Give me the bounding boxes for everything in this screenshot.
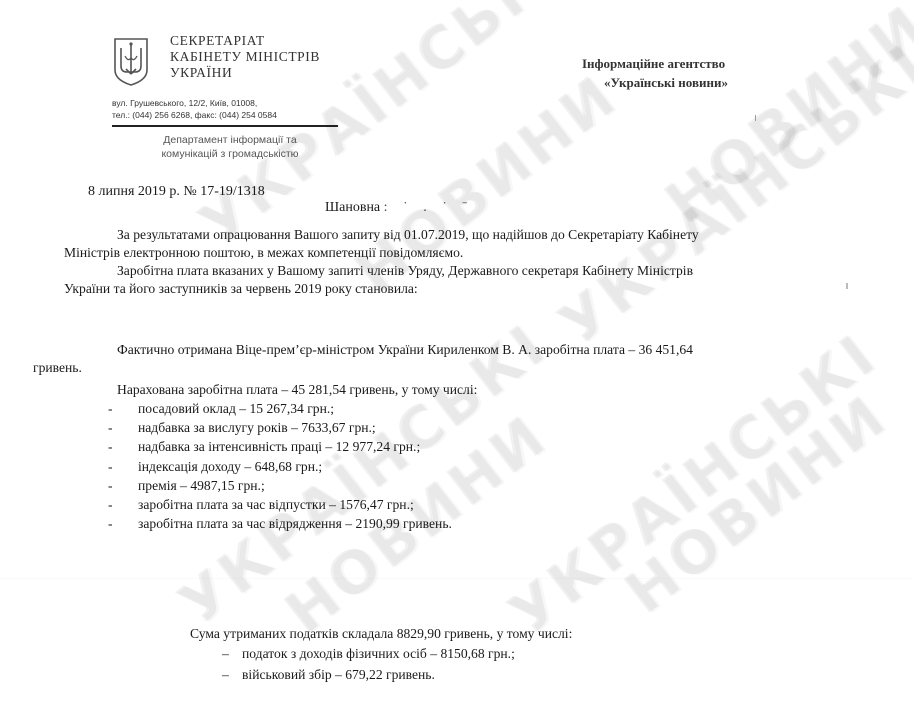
bullet-dash: – bbox=[222, 664, 242, 685]
org-name-line: КАБІНЕТУ МІНІСТРІВ bbox=[170, 49, 320, 65]
department-line: Департамент інформації та bbox=[140, 133, 320, 147]
paragraph-line: За результатами опрацювання Вашого запит… bbox=[117, 226, 699, 244]
bullet-dash: - bbox=[108, 476, 138, 495]
redacted-name: : ˙ . ˙ ˉ bbox=[384, 200, 473, 215]
letterhead-divider bbox=[112, 125, 338, 127]
department-name: Департамент інформації та комунікацій з … bbox=[140, 133, 320, 161]
list-item: -надбавка за інтенсивність праці – 12 97… bbox=[108, 437, 452, 456]
watermark-text: НОВИНИ bbox=[612, 381, 899, 626]
list-item-text: заробітна плата за час відрядження – 219… bbox=[138, 516, 452, 531]
paragraph-line: Фактично отримана Віце-прем’єр-міністром… bbox=[117, 341, 693, 359]
paragraph-line: Міністрів електронною поштою, в межах ко… bbox=[64, 244, 463, 262]
bullet-dash: - bbox=[108, 418, 138, 437]
addressee-line: Інформаційне агентство bbox=[582, 54, 728, 73]
watermark-text: УКРАЇНСЬКІ bbox=[496, 320, 889, 648]
list-item: -надбавка за вислугу років – 7633,67 грн… bbox=[108, 418, 452, 437]
org-name-line: УКРАЇНИ bbox=[170, 65, 320, 81]
accrued-salary-line: Нарахована заробітна плата – 45 281,54 г… bbox=[117, 381, 477, 399]
bullet-dash: - bbox=[108, 457, 138, 476]
org-name-line: СЕКРЕТАРІАТ bbox=[170, 33, 320, 49]
list-item: –військовий збір – 679,22 гривень. bbox=[222, 664, 515, 685]
list-item-text: надбавка за вислугу років – 7633,67 грн.… bbox=[138, 420, 376, 435]
list-item: -заробітна плата за час відрядження – 21… bbox=[108, 514, 452, 533]
page-divider bbox=[0, 578, 914, 579]
date-reference: 8 липня 2019 р. № 17-19/1318 bbox=[88, 184, 265, 200]
addressee-line: «Українські новини» bbox=[582, 73, 728, 92]
salary-breakdown-list: -посадовий оклад – 15 267,34 грн.; -надб… bbox=[108, 399, 452, 533]
list-item: -заробітна плата за час відпустки – 1576… bbox=[108, 495, 452, 514]
scan-artifact bbox=[846, 283, 848, 289]
department-line: комунікацій з громадськістю bbox=[140, 147, 320, 161]
phone-line: тел.: (044) 256 6268, факс: (044) 254 05… bbox=[112, 109, 277, 121]
trident-coat-of-arms-icon bbox=[112, 36, 150, 88]
list-item: -посадовий оклад – 15 267,34 грн.; bbox=[108, 399, 452, 418]
organization-address: вул. Грушевського, 12/2, Київ, 01008, те… bbox=[112, 97, 277, 121]
bullet-dash: - bbox=[108, 495, 138, 514]
list-item-text: податок з доходів фізичних осіб – 8150,6… bbox=[242, 646, 515, 661]
scan-artifact bbox=[755, 115, 756, 121]
organization-name: СЕКРЕТАРІАТ КАБІНЕТУ МІНІСТРІВ УКРАЇНИ bbox=[170, 33, 320, 81]
watermark-text: НОВИНИ bbox=[652, 0, 914, 237]
paragraph-line: Заробітна плата вказаних у Вашому запиті… bbox=[117, 262, 693, 280]
taxes-breakdown-list: –податок з доходів фізичних осіб – 8150,… bbox=[222, 643, 515, 685]
list-item-text: премія – 4987,15 грн.; bbox=[138, 478, 265, 493]
greeting: Шановна : ˙ . ˙ ˉ bbox=[325, 200, 473, 216]
paragraph-line: України та його заступників за червень 2… bbox=[64, 280, 418, 298]
addressee-block: Інформаційне агентство «Українські новин… bbox=[582, 54, 728, 92]
list-item-text: посадовий оклад – 15 267,34 грн.; bbox=[138, 401, 334, 416]
bullet-dash: - bbox=[108, 514, 138, 533]
list-item-text: військовий збір – 679,22 гривень. bbox=[242, 667, 435, 682]
bullet-dash: – bbox=[222, 643, 242, 664]
paragraph-line: гривень. bbox=[33, 359, 82, 377]
list-item: -премія – 4987,15 грн.; bbox=[108, 476, 452, 495]
list-item-text: надбавка за інтенсивність праці – 12 977… bbox=[138, 439, 420, 454]
list-item: -індексація доходу – 648,68 грн.; bbox=[108, 457, 452, 476]
bullet-dash: - bbox=[108, 437, 138, 456]
list-item-text: індексація доходу – 648,68 грн.; bbox=[138, 459, 322, 474]
greeting-text: Шановна bbox=[325, 200, 380, 215]
taxes-summary-line: Сума утриманих податків складала 8829,90… bbox=[190, 625, 572, 643]
list-item-text: заробітна плата за час відпустки – 1576,… bbox=[138, 497, 414, 512]
address-line: вул. Грушевського, 12/2, Київ, 01008, bbox=[112, 97, 277, 109]
bullet-dash: - bbox=[108, 399, 138, 418]
list-item: –податок з доходів фізичних осіб – 8150,… bbox=[222, 643, 515, 664]
